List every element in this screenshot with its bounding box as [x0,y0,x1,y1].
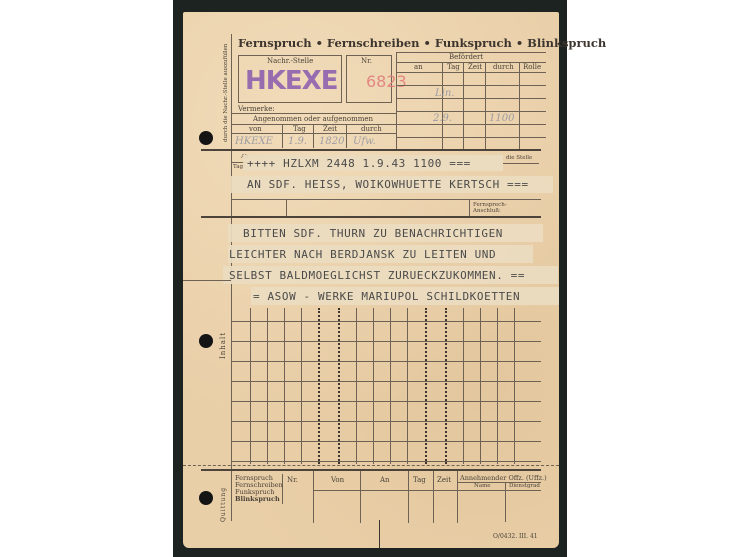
divider [469,199,470,217]
befoerdert-label: Befördert [449,53,483,61]
punch-hole [199,131,213,145]
annehmender-name: Name [474,483,491,489]
divider [183,280,231,281]
angenommen-col-zeit: Zeit [323,125,337,133]
quittung-col-an: An [380,476,390,484]
tear-mark [379,520,380,548]
margin-note: durch die Nachr.-Stelle auszufüllen [223,44,229,142]
divider [396,72,546,73]
angenommen-col-durch: durch [361,125,382,133]
divider [408,471,409,523]
divider [396,52,397,149]
befoerdert-col-an: an [414,63,423,71]
divider [485,62,486,149]
address-line-1: ++++ HZLXM 2448 1.9.43 1100 === [247,157,471,170]
divider [231,113,396,114]
divider [313,124,314,148]
divider [313,471,314,523]
annehmender-dienstgrad: Dienstgrad [509,483,540,489]
divider [457,471,458,523]
divider [442,62,443,149]
quittung-type-blinkspruch: Blinkspruch [235,496,283,503]
angenommen-von-value: HKEXE [235,136,273,147]
section-divider [201,216,541,218]
punch-hole [199,334,213,348]
divider [433,471,434,523]
quittung-types: Fernspruch Fernschreiben Funkspruch Blin… [235,475,283,503]
divider [396,85,546,86]
divider [346,124,347,148]
angenommen-tag-value: 1.9. [288,136,307,147]
quittung-col-zeit: Zeit [437,476,451,484]
befoerdert-durch-2: 1100 [489,113,514,124]
nr-value: 6823 [366,72,407,91]
divider [313,490,541,491]
befoerdert-tag-2: 2.9. [433,113,452,124]
divider [396,111,546,112]
befoerdert-col-zeit: Zeit [468,63,482,71]
angenommen-col-von: von [249,125,262,133]
nachr-stelle-label: Nachr.-Stelle [267,57,313,65]
divider [503,163,539,164]
divider [360,471,361,523]
divider [396,98,546,99]
divider [519,62,520,149]
divider [396,137,546,138]
telegram-form: durch die Nachr.-Stelle auszufüllen Fern… [183,12,559,548]
quittung-col-von: Von [331,476,344,484]
angenommen-col-tag: Tag [293,125,306,133]
annehmender-label: Annehmender Offz. (Uffz.) [460,474,547,482]
message-line-4: = ASOW - WERKE MARIUPOL SCHILDKOETTEN [253,290,520,303]
message-line-3: SELBST BALDMOEGLICHST ZURUECKZUKOMMEN. =… [229,269,525,282]
nr-label: Nr. [361,57,372,65]
message-line-1: BITTEN SDF. THURN ZU BENACHRICHTIGEN [243,227,503,240]
befoerdert-col-durch: durch [493,63,514,71]
befoerdert-tag-1: Lin. [435,88,454,99]
message-line-2: LEICHTER NACH BERDJANSK ZU LEITEN UND [229,248,496,261]
form-title: Fernspruch • Fernschreiben • Funkspruch … [238,36,606,50]
divider [286,199,287,217]
divider [231,199,541,200]
divider [231,471,232,521]
divider [282,124,283,148]
perforation-line [183,465,559,466]
vermerke-label: Vermerke: [238,105,275,113]
nachr-stelle-stamp: HKEXE [245,66,337,96]
address-line-2: AN SDF. HEISS, WOIKOWHUETTE KERTSCH === [247,178,529,191]
angenommen-label: Angenommen oder aufgenommen [253,115,373,123]
quittung-label: Quittung [220,487,227,522]
divider [463,62,464,149]
form-code: O/0432. III. 41 [493,533,538,540]
punch-hole [199,491,213,505]
die-stelle-label: die Stelle [506,155,532,161]
quittung-col-nr: Nr. [287,476,298,484]
section-divider [201,469,541,471]
divider [505,482,506,522]
angenommen-durch-value: Ufw. [353,136,376,147]
inhalt-label: Inhalt [219,332,227,359]
angenommen-zeit-value: 1820 [319,136,344,147]
fernsprech-anschluss-label: Fernsprech-Anschluß: [473,202,513,214]
section-divider [201,149,541,151]
divider [282,474,283,504]
befoerdert-col-rolle: Rolle [523,63,541,71]
befoerdert-col-tag: Tag [447,63,460,71]
divider [396,124,546,125]
quittung-col-tag: Tag [413,476,426,484]
nachr-stelle-box: Nachr.-Stelle HKEXE [238,55,342,103]
